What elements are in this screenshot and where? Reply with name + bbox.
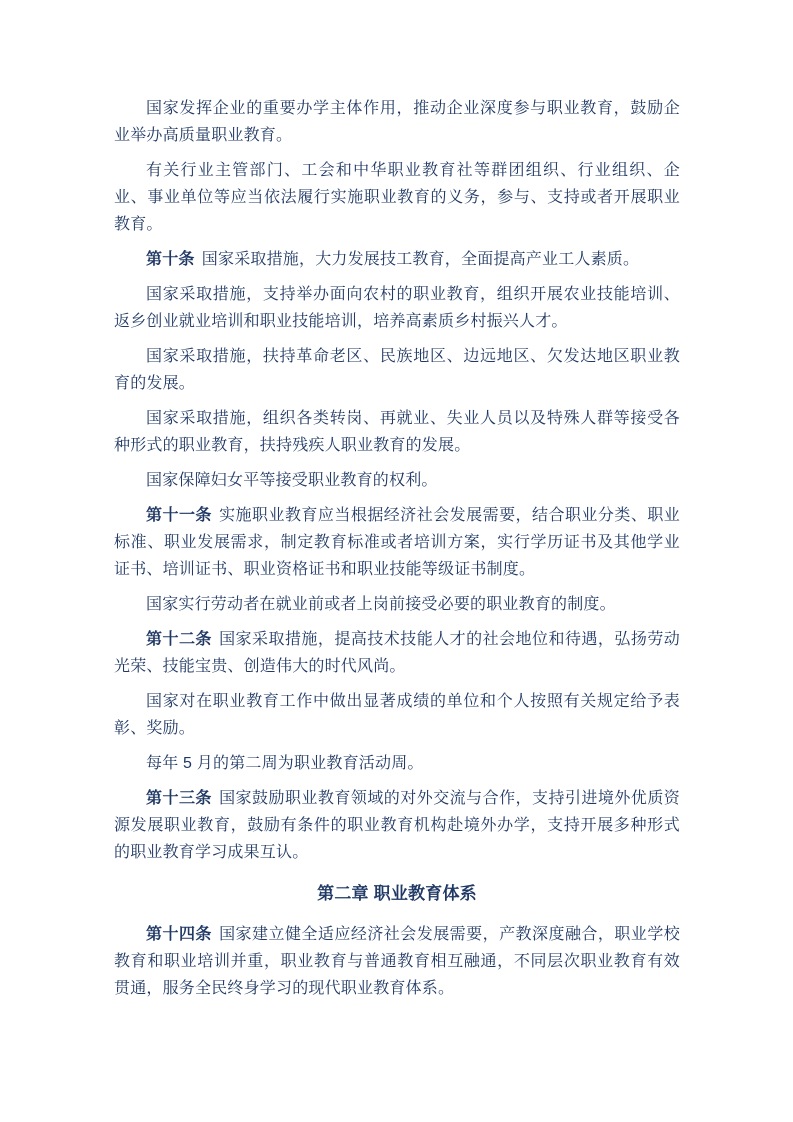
- document-body: 国家发挥企业的重要办学主体作用，推动企业深度参与职业教育，鼓励企业举办高质量职业…: [114, 95, 680, 1010]
- article-paragraph: 第十四条国家建立健全适应经济社会发展需要，产教深度融合，职业学校教育和职业培训并…: [114, 921, 680, 1002]
- paragraph-text: 国家保障妇女平等接受职业教育的权利。: [146, 472, 438, 489]
- article-number: 第十四条: [146, 926, 212, 943]
- paragraph-text: 有关行业主管部门、工会和中华职业教育社等群团组织、行业组织、企业、事业单位等应当…: [114, 162, 680, 233]
- paragraph: 国家实行劳动者在就业前或者上岗前接受必要的职业教育的制度。: [114, 591, 680, 618]
- paragraph-text: 国家采取措施，组织各类转岗、再就业、失业人员以及特殊人群等接受各种形式的职业教育…: [114, 410, 680, 454]
- paragraph-text: 国家实行劳动者在就业前或者上岗前接受必要的职业教育的制度。: [146, 596, 616, 613]
- article-number: 第十一条: [146, 507, 212, 524]
- paragraph: 每年 5 月的第二周为职业教育活动周。: [114, 750, 680, 777]
- article-number: 第十条: [146, 251, 195, 268]
- article-paragraph: 第十一条实施职业教育应当根据经济社会发展需要，结合职业分类、职业标准、职业发展需…: [114, 502, 680, 583]
- paragraph: 国家采取措施，支持举办面向农村的职业教育，组织开展农业技能培训、返乡创业就业培训…: [114, 281, 680, 335]
- article-paragraph: 第十三条国家鼓励职业教育领域的对外交流与合作，支持引进境外优质资源发展职业教育，…: [114, 785, 680, 866]
- document-page: 国家发挥企业的重要办学主体作用，推动企业深度参与职业教育，鼓励企业举办高质量职业…: [0, 0, 793, 1122]
- paragraph: 国家发挥企业的重要办学主体作用，推动企业深度参与职业教育，鼓励企业举办高质量职业…: [114, 95, 680, 149]
- article-number: 第十二条: [146, 631, 212, 648]
- paragraph: 国家采取措施，扶持革命老区、民族地区、边远地区、欠发达地区职业教育的发展。: [114, 343, 680, 397]
- paragraph: 国家采取措施，组织各类转岗、再就业、失业人员以及特殊人群等接受各种形式的职业教育…: [114, 405, 680, 459]
- paragraph-text: 国家发挥企业的重要办学主体作用，推动企业深度参与职业教育，鼓励企业举办高质量职业…: [114, 100, 680, 144]
- paragraph-text: 每年 5 月的第二周为职业教育活动周。: [146, 755, 424, 772]
- paragraph-text: 国家采取措施，支持举办面向农村的职业教育，组织开展农业技能培训、返乡创业就业培训…: [114, 286, 680, 330]
- paragraph-text: 国家采取措施，大力发展技工教育，全面提高产业工人素质。: [202, 251, 639, 268]
- paragraph: 国家对在职业教育工作中做出显著成绩的单位和个人按照有关规定给予表彰、奖励。: [114, 688, 680, 742]
- paragraph: 国家保障妇女平等接受职业教育的权利。: [114, 467, 680, 494]
- article-number: 第十三条: [146, 790, 212, 807]
- chapter-heading: 第二章 职业教育体系: [114, 880, 680, 907]
- article-paragraph: 第十条国家采取措施，大力发展技工教育，全面提高产业工人素质。: [114, 246, 680, 273]
- paragraph-text: 国家对在职业教育工作中做出显著成绩的单位和个人按照有关规定给予表彰、奖励。: [114, 693, 680, 737]
- paragraph: 有关行业主管部门、工会和中华职业教育社等群团组织、行业组织、企业、事业单位等应当…: [114, 157, 680, 238]
- paragraph-text: 国家采取措施，扶持革命老区、民族地区、边远地区、欠发达地区职业教育的发展。: [114, 348, 680, 392]
- article-paragraph: 第十二条国家采取措施，提高技术技能人才的社会地位和待遇，弘扬劳动光荣、技能宝贵、…: [114, 626, 680, 680]
